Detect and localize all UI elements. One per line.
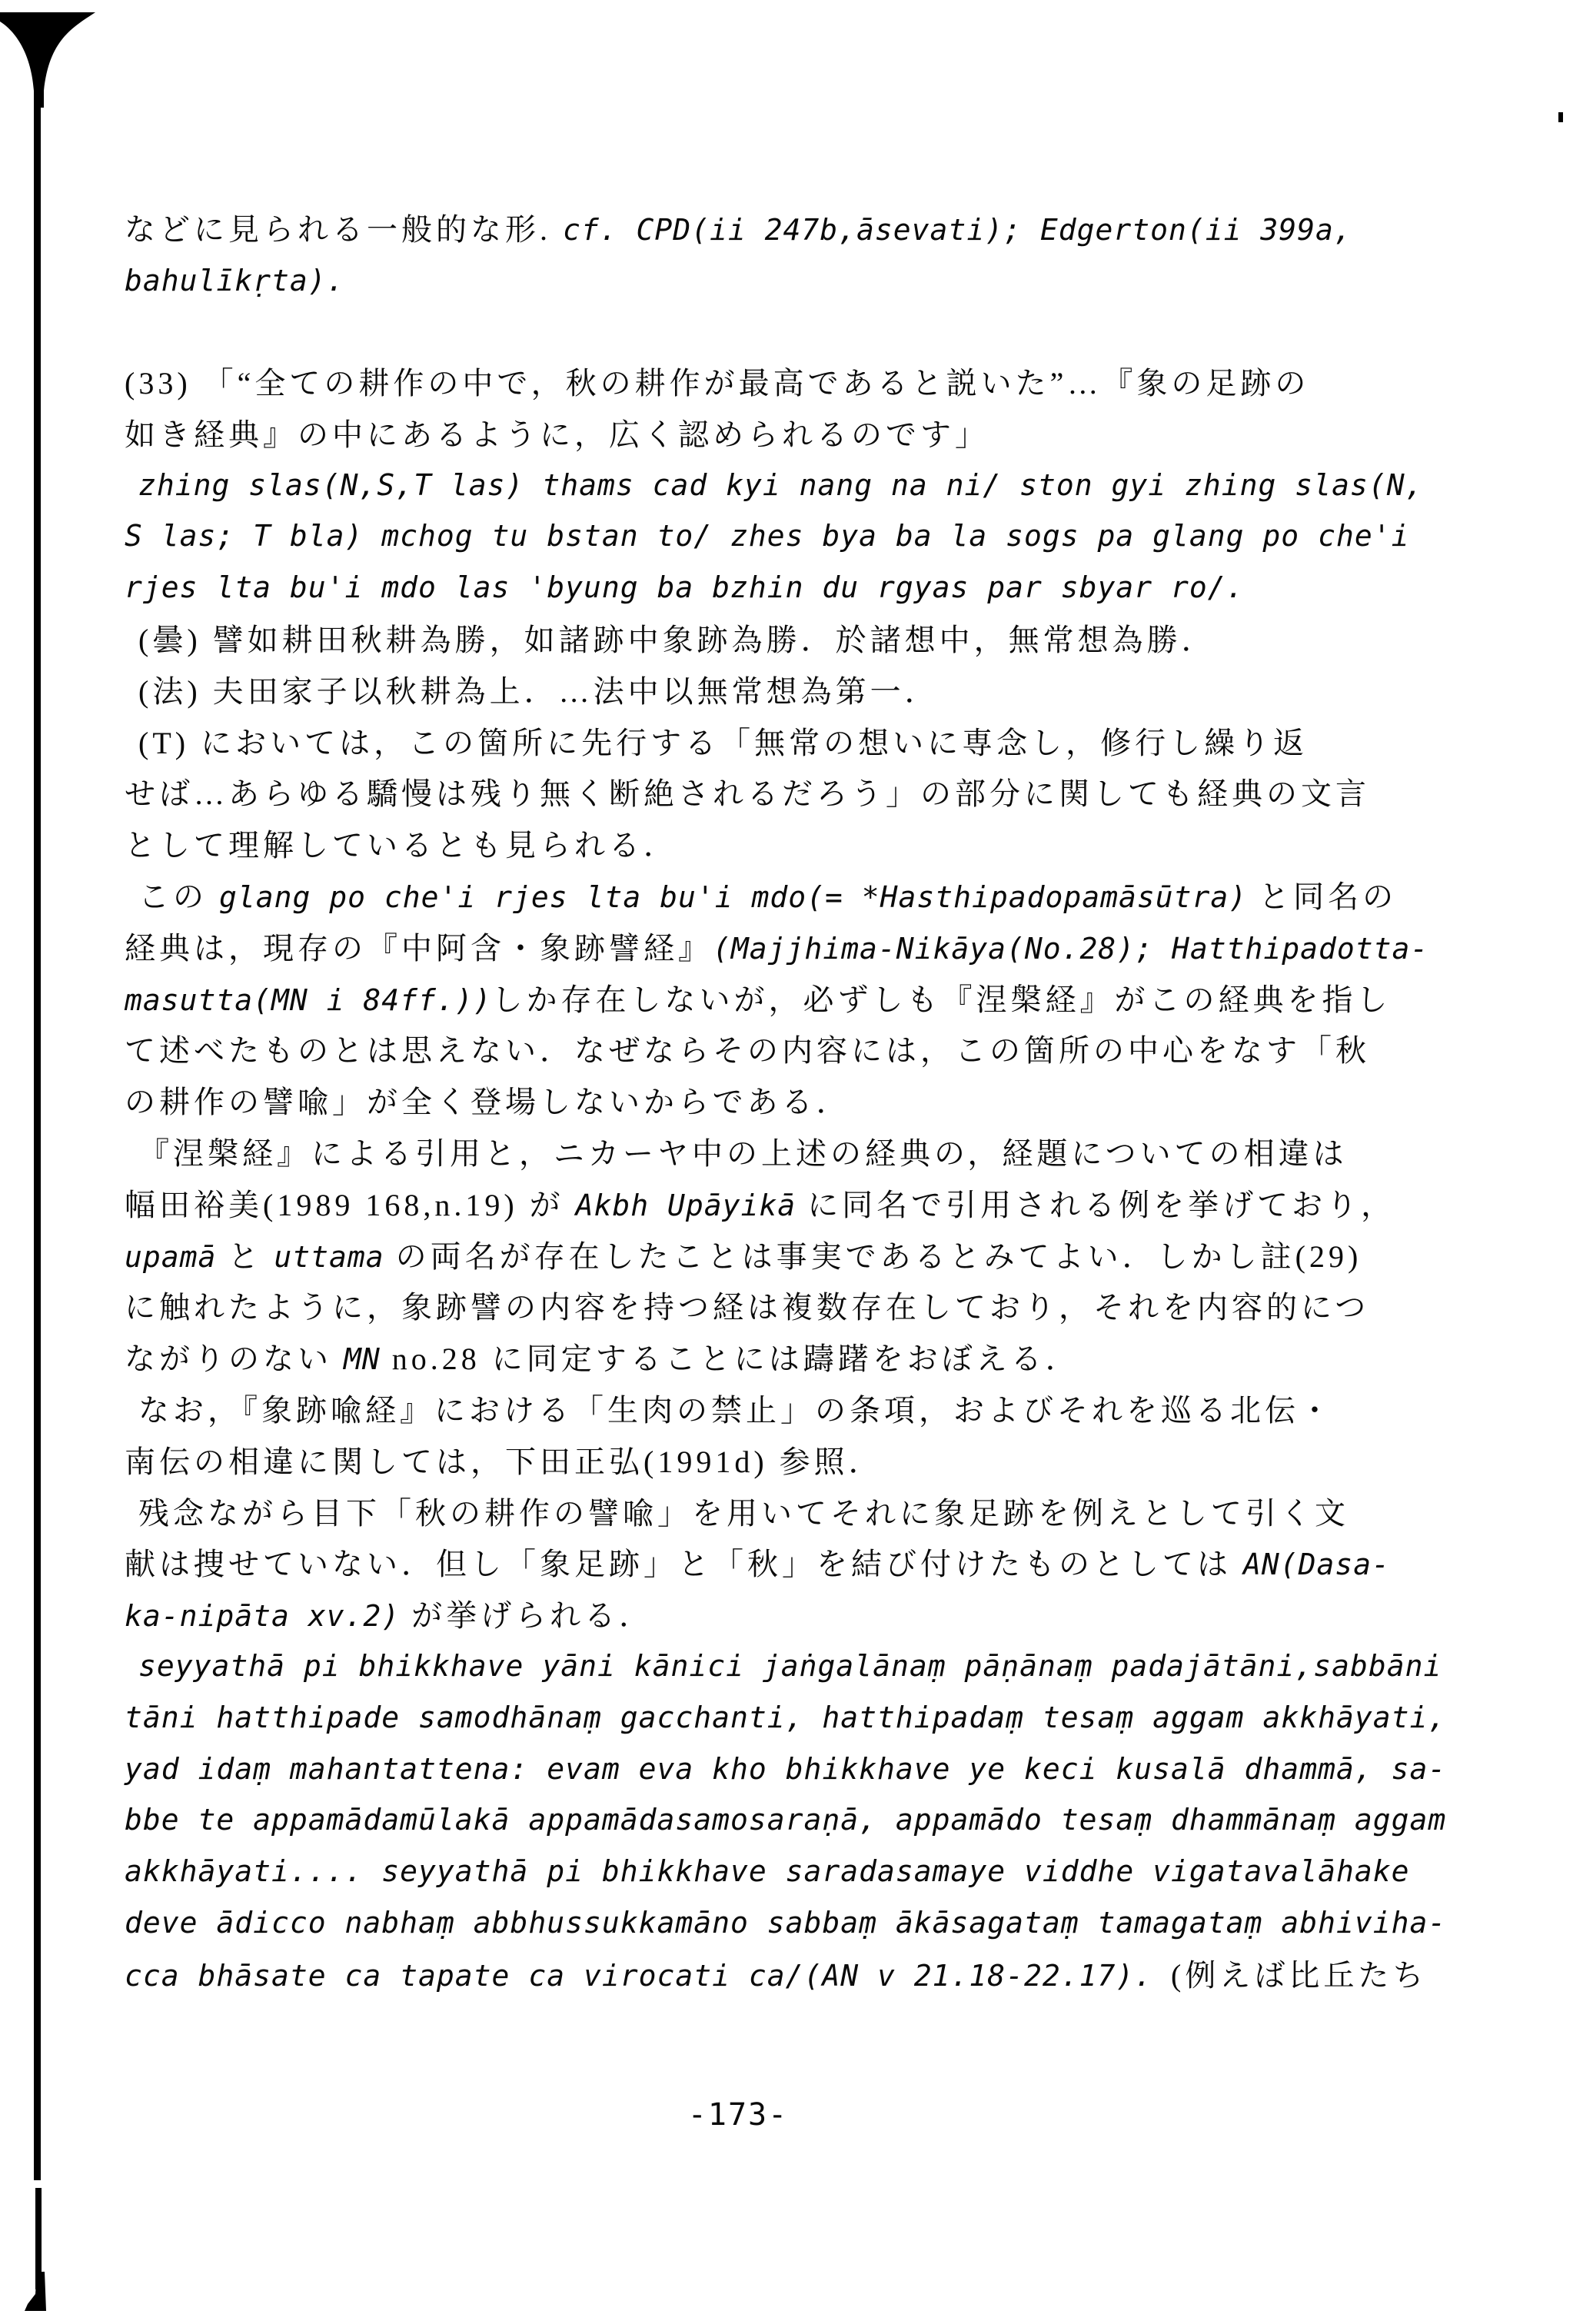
japanese-text-segment: ながりのない xyxy=(125,1342,344,1376)
text-line: ながりのない MN no.28 に同定することには躊躇をおぼえる． xyxy=(125,1342,1080,1377)
text-line: S las; T bla) mchog tu bstan to/ zhes by… xyxy=(125,520,1409,554)
romanized-text-segment: AN(Dasa- xyxy=(1243,1548,1390,1581)
text-line: て述べたものとは思えない．なぜならその内容には，この箇所の中心をなす「秋 xyxy=(125,1033,1370,1069)
text-line: yad idaṃ mahantattena: evam eva kho bhik… xyxy=(125,1753,1446,1787)
japanese-text-segment: 献は捜せていない．但し「象足跡」と「秋」を結び付けたものとしては xyxy=(125,1547,1243,1581)
text-line: として理解しているとも見られる． xyxy=(125,828,678,863)
document-page: などに見られる一般的な形. cf. CPD(ii 247b,āsevati); … xyxy=(0,0,1583,2324)
text-line: zhing slas(N,S,T las) thams cad kyi nang… xyxy=(138,469,1423,503)
text-line: この glang po che'i rjes lta bu'i mdo(= *H… xyxy=(138,879,1397,915)
text-line: (曇) 譬如耕田秋耕為勝，如諸跡中象跡為勝．於諸想中，無常想為勝． xyxy=(138,623,1216,658)
romanized-text-segment: zhing slas(N,S,T las) thams cad kyi nang… xyxy=(138,468,1423,502)
japanese-text-segment: 如き経典』の中にあるように，広く認められるのです」 xyxy=(125,417,989,452)
japanese-text-segment: (T) においては，この箇所に先行する「無常の想いに専念し，修行し繰り返 xyxy=(138,726,1308,760)
romanized-text-segment: seyyathā pi bhikkhave yāni kānici jaṅgal… xyxy=(138,1649,1442,1683)
text-line: bbe te appamādamūlakā appamādasamosaraṇā… xyxy=(125,1804,1446,1837)
romanized-text-segment: deve ādicco nabhaṃ abbhussukkamāno sabba… xyxy=(125,1906,1446,1940)
japanese-text-segment: の耕作の譬喩」が全く登場しないからである． xyxy=(125,1085,851,1119)
japanese-text-segment: の両名が存在したことは事実であるとみてよい．しかし註(29) xyxy=(384,1239,1362,1274)
text-line: に触れたように，象跡譬の内容を持つ経は複数存在しており，それを内容的につ xyxy=(125,1290,1369,1325)
romanized-text-segment: cf. CPD(ii 247b,āsevati); Edgerton(ii 39… xyxy=(563,213,1352,247)
japanese-text-segment: しか存在しないが，必ずしも『涅槃経』がこの経典を指し xyxy=(492,982,1392,1017)
japanese-text-segment: (例えば比丘たち xyxy=(1171,1958,1427,1993)
text-line: 幅田裕美(1989 168,n.19) が Akbh Upāyikā に同名で引… xyxy=(125,1188,1395,1223)
romanized-text-segment: uttama xyxy=(274,1240,384,1274)
japanese-text-segment: と同名の xyxy=(1247,879,1397,914)
text-line: などに見られる一般的な形. cf. CPD(ii 247b,āsevati); … xyxy=(125,212,1352,248)
japanese-text-segment: 残念ながら目下「秋の耕作の譬喩」を用いてそれに象足跡を例えとして引く文 xyxy=(138,1496,1349,1531)
main-text-block: などに見られる一般的な形. cf. CPD(ii 247b,āsevati); … xyxy=(0,0,1583,2324)
japanese-text-segment: 『涅槃経』による引用と，ニカーヤ中の上述の経典の，経題についての相違は xyxy=(138,1136,1348,1171)
text-line: せば…あらゆる驕慢は残り無く断絶されるだろう」の部分に関しても経典の文言 xyxy=(125,776,1370,812)
text-line: (法) 夫田家子以秋耕為上．…法中以無常想為第一． xyxy=(138,674,939,710)
romanized-text-segment: bahulīkṛta). xyxy=(125,264,345,298)
japanese-text-segment: 幅田裕美(1989 168,n.19) が xyxy=(125,1188,576,1222)
romanized-text-segment: glang po che'i rjes lta bu'i mdo(= *Hast… xyxy=(219,880,1247,914)
text-line: 『涅槃経』による引用と，ニカーヤ中の上述の経典の，経題についての相違は xyxy=(138,1136,1348,1172)
text-line: akkhāyati.... seyyathā pi bhikkhave sara… xyxy=(125,1855,1409,1889)
romanized-text-segment: cca bhāsate ca tapate ca virocati ca/(AN… xyxy=(125,1959,1171,1993)
text-line: 如き経典』の中にあるように，広く認められるのです」 xyxy=(125,417,989,453)
romanized-text-segment: Akbh Upāyikā xyxy=(576,1189,796,1222)
romanized-text-segment: yad idaṃ mahantattena: evam eva kho bhik… xyxy=(125,1752,1446,1786)
page-number: -173- xyxy=(638,2097,838,2133)
text-line: seyyathā pi bhikkhave yāni kānici jaṅgal… xyxy=(138,1650,1442,1684)
japanese-text-segment: と xyxy=(216,1239,274,1274)
japanese-text-segment: として理解しているとも見られる． xyxy=(125,828,678,863)
japanese-text-segment: に同名で引用される例を挙げており， xyxy=(796,1188,1395,1222)
japanese-text-segment: が挙げられる． xyxy=(400,1598,653,1633)
japanese-text-segment: (曇) 譬如耕田秋耕為勝，如諸跡中象跡為勝．於諸想中，無常想為勝． xyxy=(138,623,1216,657)
text-line: 経典は，現存の『中阿含・象跡譬経』(Majjhima-Nikāya(No.28)… xyxy=(125,931,1428,966)
japanese-text-segment: no.28 に同定することには躊躇をおぼえる． xyxy=(381,1342,1080,1376)
text-line: 残念ながら目下「秋の耕作の譬喩」を用いてそれに象足跡を例えとして引く文 xyxy=(138,1496,1349,1531)
japanese-text-segment: に触れたように，象跡譬の内容を持つ経は複数存在しており，それを内容的につ xyxy=(125,1290,1369,1325)
text-line: ka-nipāta xv.2) が挙げられる． xyxy=(125,1598,653,1634)
romanized-text-segment: rjes lta bu'i mdo las 'byung ba bzhin du… xyxy=(125,570,1245,604)
japanese-text-segment: 経典は，現存の『中阿含・象跡譬経』 xyxy=(125,931,713,966)
text-line: tāni hatthipade samodhānaṃ gacchanti, ha… xyxy=(125,1701,1446,1735)
japanese-text-segment: て述べたものとは思えない．なぜならその内容には，この箇所の中心をなす「秋 xyxy=(125,1033,1370,1068)
romanized-text-segment: ka-nipāta xv.2) xyxy=(125,1599,400,1633)
text-line: 南伝の相違に関しては，下田正弘(1991d) 参照． xyxy=(125,1445,883,1480)
romanized-text-segment: MN xyxy=(344,1342,381,1376)
japanese-text-segment: 南伝の相違に関しては，下田正弘(1991d) 参照． xyxy=(125,1445,883,1479)
japanese-text-segment: なお，『象跡喩経』における「生肉の禁止」の条項，およびそれを巡る北伝・ xyxy=(138,1393,1334,1428)
romanized-text-segment: S las; T bla) mchog tu bstan to/ zhes by… xyxy=(125,519,1409,553)
romanized-text-segment: bbe te appamādamūlakā appamādasamosaraṇā… xyxy=(125,1803,1446,1837)
text-line: 献は捜せていない．但し「象足跡」と「秋」を結び付けたものとしては AN(Dasa… xyxy=(125,1547,1390,1582)
japanese-text-segment: せば…あらゆる驕慢は残り無く断絶されるだろう」の部分に関しても経典の文言 xyxy=(125,776,1370,811)
text-line: (T) においては，この箇所に先行する「無常の想いに専念し，修行し繰り返 xyxy=(138,726,1308,761)
page-number-label: -173- xyxy=(688,2097,788,2133)
romanized-text-segment: masutta(MN i 84ff.)) xyxy=(125,983,492,1017)
text-line: (33) 「“全ての耕作の中で，秋の耕作が最高であると説いた”…『象の足跡の xyxy=(125,366,1309,401)
text-line: upamā と uttama の両名が存在したことは事実であるとみてよい．しかし… xyxy=(125,1239,1362,1275)
text-line: deve ādicco nabhaṃ abbhussukkamāno sabba… xyxy=(125,1907,1446,1940)
text-line: masutta(MN i 84ff.))しか存在しないが，必ずしも『涅槃経』がこ… xyxy=(125,982,1392,1018)
romanized-text-segment: akkhāyati.... seyyathā pi bhikkhave sara… xyxy=(125,1854,1409,1888)
japanese-text-segment: (法) 夫田家子以秋耕為上．…法中以無常想為第一． xyxy=(138,674,939,709)
japanese-text-segment: などに見られる一般的な形. xyxy=(125,212,563,247)
japanese-text-segment: この xyxy=(138,879,219,914)
romanized-text-segment: upamā xyxy=(125,1240,216,1274)
text-line: rjes lta bu'i mdo las 'byung ba bzhin du… xyxy=(125,571,1245,605)
text-line: なお，『象跡喩経』における「生肉の禁止」の条項，およびそれを巡る北伝・ xyxy=(138,1393,1334,1428)
text-line: の耕作の譬喩」が全く登場しないからである． xyxy=(125,1085,851,1120)
text-line: cca bhāsate ca tapate ca virocati ca/(AN… xyxy=(125,1958,1427,1993)
romanized-text-segment: tāni hatthipade samodhānaṃ gacchanti, ha… xyxy=(125,1701,1446,1734)
romanized-text-segment: (Majjhima-Nikāya(No.28); Hatthipadotta- xyxy=(713,932,1428,966)
japanese-text-segment: (33) 「“全ての耕作の中で，秋の耕作が最高であると説いた”…『象の足跡の xyxy=(125,366,1309,401)
text-line: bahulīkṛta). xyxy=(125,264,345,298)
